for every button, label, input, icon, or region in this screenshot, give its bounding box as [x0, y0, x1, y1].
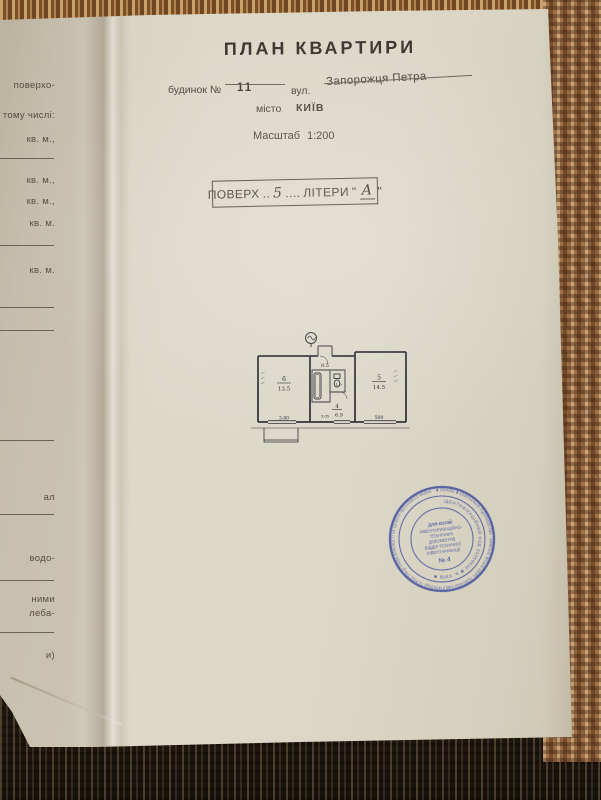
- plan-mark-squiggle: [308, 336, 316, 340]
- left-page-fragment: поверхо- тому числі: кв. м., кв. м., кв.…: [0, 0, 58, 760]
- floor-label: ПОВЕРХ: [208, 186, 260, 201]
- quote-mark: ": [377, 184, 382, 198]
- room-right-number: 5: [377, 375, 381, 382]
- stamp-number: № 4: [438, 556, 451, 564]
- left-page-text: и): [46, 650, 55, 661]
- left-page-text: кв. м.,: [27, 196, 55, 207]
- left-page-text: ними: [31, 594, 55, 605]
- city-value: КИЇВ: [296, 102, 324, 114]
- bti-round-stamp: ✱ УКРАЇНА ✱ КОМУНАЛЬНЕ ПІДПРИЄМСТВО · КИ…: [373, 470, 511, 608]
- bathtub-inner: [315, 375, 320, 398]
- building-label: будинок №: [168, 84, 221, 96]
- left-page-text: водо-: [29, 553, 55, 564]
- plan-top-shaft: [306, 333, 333, 357]
- door-arc: [340, 392, 347, 399]
- floor-dots: ..: [262, 186, 270, 200]
- left-page-text: ал: [44, 492, 55, 503]
- left-page-text: поверхо-: [14, 80, 55, 91]
- form-line: [0, 330, 54, 331]
- photo-of-document: поверхо- тому числі: кв. м., кв. м., кв.…: [0, 0, 601, 800]
- letter-label: ЛІТЕРИ: [303, 184, 349, 199]
- wc-area: 1.0: [335, 382, 342, 387]
- left-page-text: кв. м.: [30, 265, 55, 276]
- balcony: [264, 428, 298, 442]
- left-page-text: леба-: [29, 608, 55, 619]
- left-page-text: кв. м.: [30, 218, 55, 229]
- left-page-text: кв. м.,: [27, 175, 55, 186]
- building-number-line: [225, 84, 285, 85]
- scale-value: 1:200: [307, 130, 335, 142]
- floor-letter-box: ПОВЕРХ .. 5 .... ЛІТЕРИ " А ": [212, 177, 379, 207]
- kitchen-area: 6.9: [335, 413, 343, 419]
- room-right-area: 14.5: [373, 385, 386, 391]
- floor-plan-drawing: 6 13.5 8.5 1.0 4 6.9 3.05 5 14.5 3.80 50…: [248, 330, 413, 448]
- kitchen-dim: 3.05: [321, 414, 330, 419]
- street-label: вул.: [291, 85, 310, 97]
- document-paper: поверхо- тому числі: кв. м., кв. м., кв.…: [0, 0, 601, 800]
- floor-number-value: 5: [273, 185, 283, 201]
- room-left-number: 6: [282, 376, 286, 383]
- left-page-text: кв. м.,: [27, 134, 55, 145]
- floor-dots: ....: [285, 185, 300, 199]
- dim-left: 3.80: [279, 416, 289, 422]
- form-line: [0, 307, 54, 308]
- toilet-tank: [334, 374, 340, 379]
- quote-mark: ": [352, 184, 357, 198]
- letter-value: А: [359, 182, 374, 199]
- room-left-area: 13.5: [278, 387, 291, 393]
- form-line: [0, 158, 54, 159]
- plan-bathroom: [312, 356, 347, 402]
- form-line: [0, 440, 54, 441]
- scale-label: Масштаб: [253, 130, 300, 142]
- form-line: [0, 632, 54, 633]
- page-title: ПЛАН КВАРТИРИ: [160, 36, 480, 60]
- kitchen-number: 4: [335, 404, 339, 410]
- city-label: місто: [256, 103, 281, 115]
- stamp-center-text: ДЛЯ КОПІЙ ІНВЕНТАРИЗАЦІЙНО- ТЕХНІЧНИХ ДО…: [418, 518, 467, 566]
- apartment-plan-page: ПЛАН КВАРТИРИ будинок № 11 вул. Запорожц…: [100, 0, 580, 760]
- plan-balcony-baseline: [251, 428, 410, 442]
- form-line: [0, 514, 54, 515]
- dim-right: 500: [375, 415, 384, 421]
- left-page-text: тому числі:: [3, 110, 55, 121]
- hall-area: 8.5: [321, 363, 329, 369]
- form-line: [0, 580, 54, 581]
- wc-walls: [330, 370, 345, 392]
- form-line: [0, 245, 54, 246]
